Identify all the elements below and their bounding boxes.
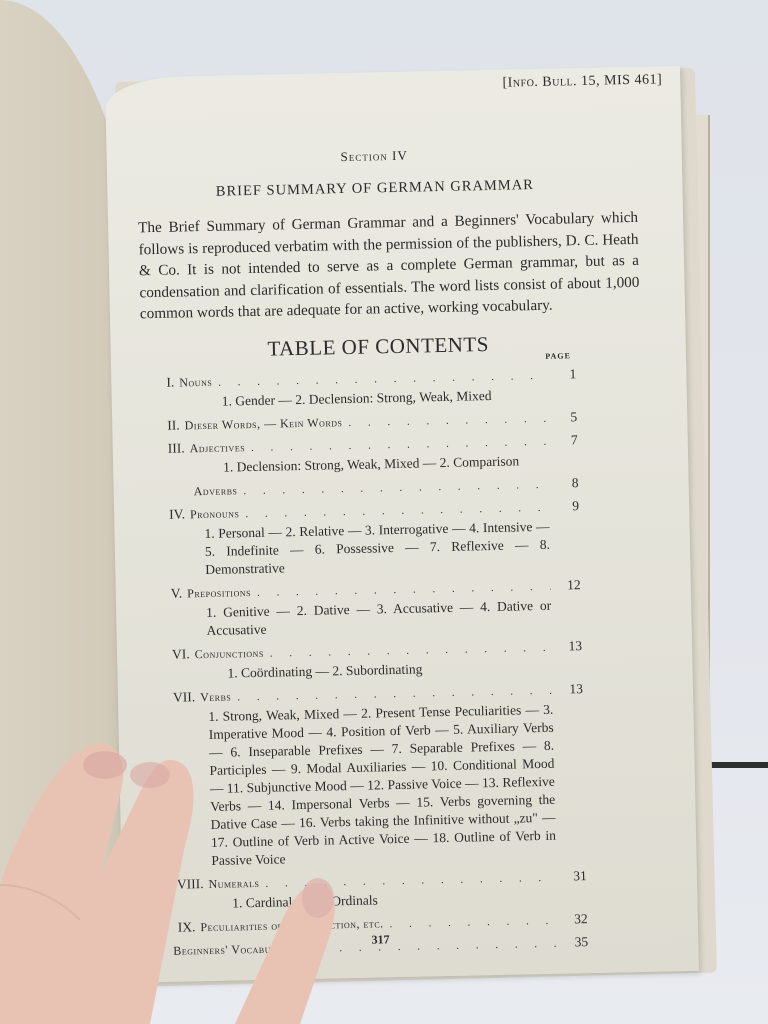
toc-page: 31 [563, 866, 587, 886]
toc-number: IV. [169, 504, 185, 524]
toc-page: 1 [552, 364, 576, 384]
page-column-label: PAGE [531, 351, 571, 361]
toc-subtopics: 1. Personal — 2. Relative — 3. Interroga… [169, 517, 580, 580]
toc-page: 13 [558, 636, 582, 656]
toc-page: 7 [553, 430, 577, 450]
toc-number: VI. [172, 644, 190, 664]
toc-subtopics: 1. Genitive — 2. Dative — 3. Accusative … [171, 596, 582, 641]
toc-label: Adverbs [193, 480, 237, 501]
toc-number: VIII. [177, 874, 204, 895]
toc-page: 32 [564, 909, 588, 929]
toc-page: 9 [555, 496, 579, 516]
toc-page: 12 [557, 575, 581, 595]
toc-label: Numerals [208, 873, 259, 894]
toc-label: Dieser Words, — Kein Words [184, 412, 342, 435]
toc-number: IX. [178, 917, 196, 937]
toc-subtopics: 1. Strong, Weak, Mixed — 2. Present Tens… [173, 700, 586, 871]
toc-number: VII. [173, 687, 196, 707]
toc-page: 13 [559, 679, 583, 699]
toc-number: III. [168, 438, 185, 458]
toc-label: Nouns [179, 372, 212, 393]
toc-label: Prepositions [187, 582, 251, 603]
toc-number: II. [167, 416, 180, 436]
running-header: [Info. Bull. 15, MIS 461] [502, 72, 662, 91]
book-page: [Info. Bull. 15, MIS 461] Section IV BRI… [105, 66, 699, 983]
table-of-contents: I. Nouns . . . . . . . . . . . . . . . .… [166, 362, 588, 961]
toc-page: 5 [553, 407, 577, 427]
toc-title: TABLE OF CONTENTS [110, 328, 685, 365]
leader-dots: . . . . . . . . . . . . . . . . . . . . … [348, 409, 547, 433]
toc-label: Conjunctions [195, 643, 265, 664]
section-label: Section IV [107, 142, 682, 170]
section-title: BRIEF SUMMARY OF GERMAN GRAMMAR [107, 174, 682, 203]
intro-paragraph: The Brief Summary of German Grammar and … [138, 207, 640, 325]
toc-label: Verbs [200, 686, 232, 707]
toc-number: I. [166, 373, 174, 393]
toc-label: Adjectives [189, 437, 245, 458]
toc-page: 8 [554, 473, 578, 493]
toc-label: Pronouns [190, 503, 240, 524]
toc-number: V. [171, 583, 183, 603]
